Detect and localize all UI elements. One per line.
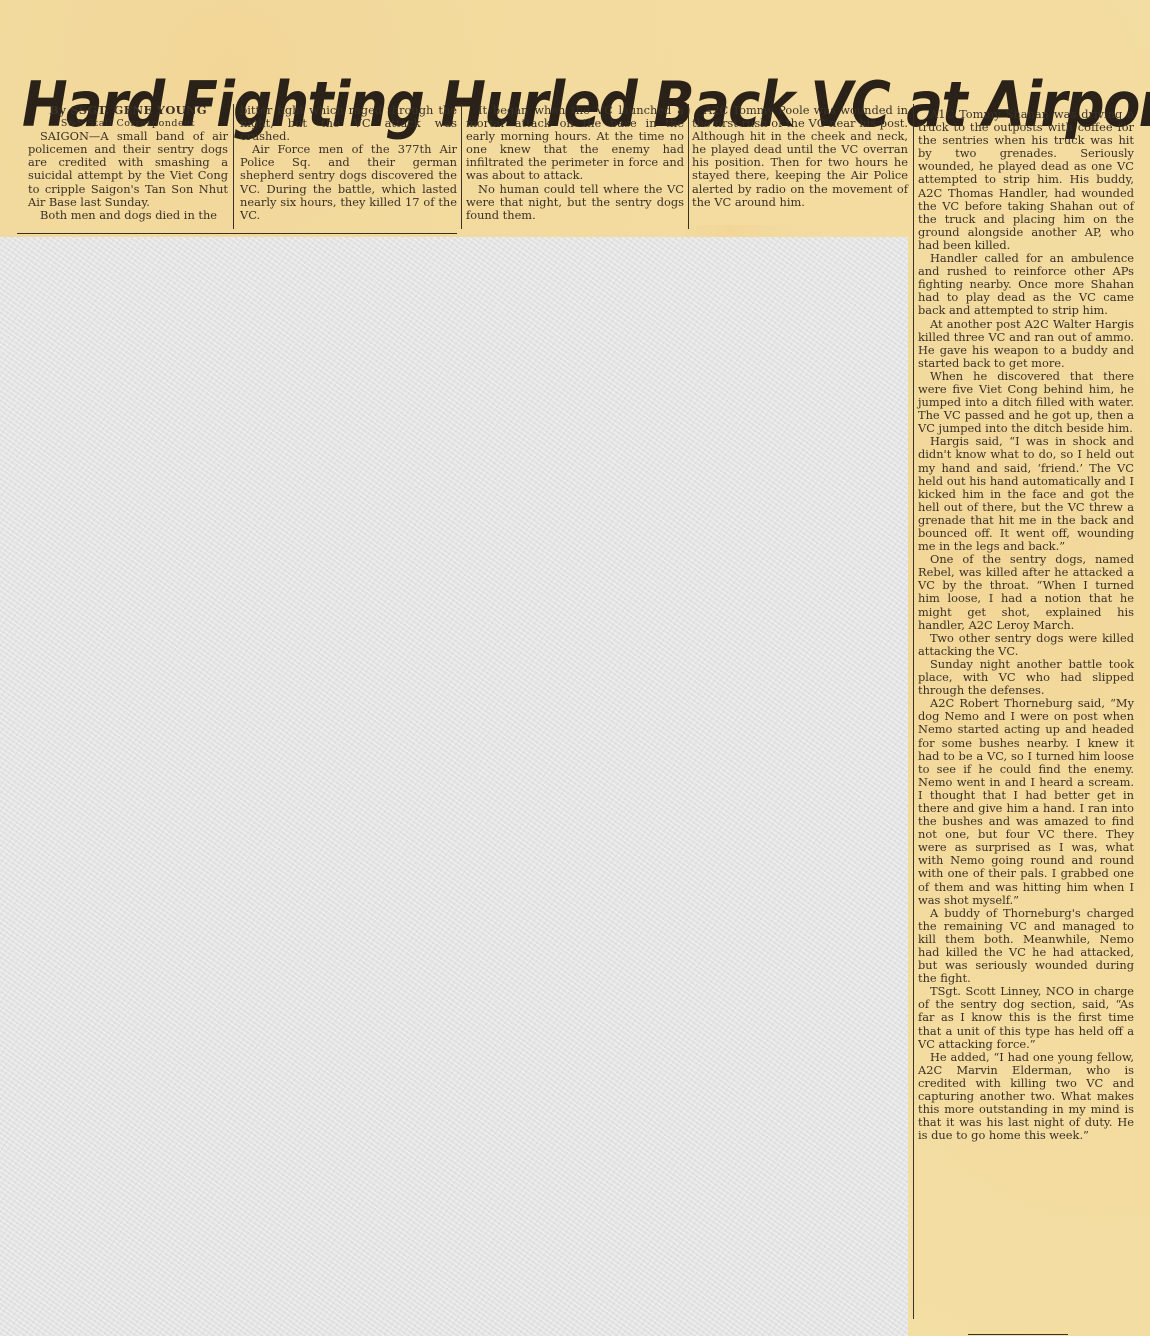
column-rule bbox=[233, 104, 234, 229]
end-rule bbox=[968, 1334, 1068, 1335]
paragraph: bitter fight which raged through the nig… bbox=[240, 104, 457, 143]
paragraph: No human could tell where the VC were th… bbox=[466, 183, 684, 222]
paragraph: When he discovered that there were five … bbox=[918, 370, 1134, 435]
column-rule bbox=[913, 104, 914, 1319]
paragraph: Hargis said, “I was in shock and didn't … bbox=[918, 435, 1134, 553]
article-column-4: A2C Tommy Poole was wounded in the first… bbox=[692, 104, 908, 209]
paragraph: Two other sentry dogs were killed attack… bbox=[918, 632, 1134, 658]
column-rule bbox=[461, 104, 462, 229]
article-column-1: By SSGT. GENE YOUNG S&S Staff Correspond… bbox=[28, 104, 228, 222]
paragraph: A2C Tommy Poole was wounded in the first… bbox=[692, 104, 908, 209]
paragraph: Sunday night another battle took place, … bbox=[918, 658, 1134, 697]
paragraph: TSgt. Scott Linney, NCO in charge of the… bbox=[918, 985, 1134, 1050]
bottom-rule bbox=[17, 233, 457, 234]
paragraph: A2C Robert Thorneburg said, “My dog Nemo… bbox=[918, 697, 1134, 907]
paragraph: A1C Tommy Shahan was driving a truck to … bbox=[918, 108, 1134, 252]
column-rule bbox=[688, 104, 689, 229]
byline: By SSGT. GENE YOUNG bbox=[28, 104, 228, 117]
paragraph: It began when the VC launched a mortar a… bbox=[466, 104, 684, 183]
article-column-3: It began when the VC launched a mortar a… bbox=[466, 104, 684, 222]
paragraph: At another post A2C Walter Hargis killed… bbox=[918, 318, 1134, 370]
article-column-2: bitter fight which raged through the nig… bbox=[240, 104, 457, 222]
clipping-connector bbox=[685, 225, 908, 237]
paragraph: A buddy of Thorneburg's charged the rema… bbox=[918, 907, 1134, 986]
paragraph: SAIGON—A small band of air policemen and… bbox=[28, 130, 228, 209]
paragraph: Both men and dogs died in the bbox=[28, 209, 228, 222]
paragraph: He added, “I had one young fellow, A2C M… bbox=[918, 1051, 1134, 1143]
paragraph: Air Force men of the 377th Air Police Sq… bbox=[240, 143, 457, 222]
paragraph: Handler called for an ambulence and rush… bbox=[918, 252, 1134, 317]
paragraph: One of the sentry dogs, named Rebel, was… bbox=[918, 553, 1134, 632]
article-column-5: A1C Tommy Shahan was driving a truck to … bbox=[918, 108, 1134, 1142]
